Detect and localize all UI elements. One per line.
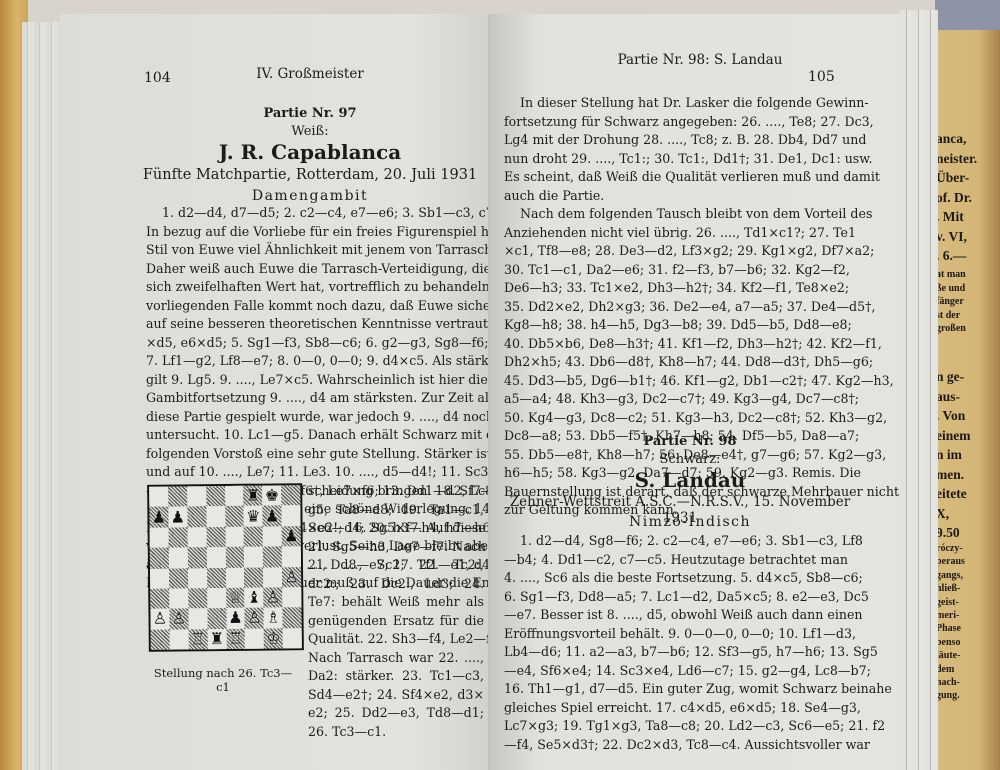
square-b6 — [168, 527, 187, 548]
game-title: Partie Nr. 98 — [550, 434, 830, 449]
right-page: Partie Nr. 98: S. Landau 105 In dieser S… — [490, 14, 902, 770]
chess-piece-icon: ♚ — [265, 488, 280, 504]
square-f2: ♙ — [245, 608, 264, 629]
square-e2: ♟ — [226, 608, 245, 629]
square-a5 — [150, 548, 169, 569]
adjacent-book-text: einem — [936, 427, 971, 445]
square-f6 — [244, 526, 263, 547]
square-g7: ♟ — [263, 506, 282, 527]
adjacent-book-text: ße und — [936, 282, 965, 295]
text-line: und auf 10. ...., Le7; 11. Le3. 10. ....… — [146, 463, 482, 482]
square-a1 — [151, 629, 170, 650]
square-a7: ♟ — [149, 507, 168, 528]
square-g6 — [263, 526, 282, 547]
square-c4 — [188, 568, 207, 589]
chess-piece-icon: ♟ — [284, 528, 299, 544]
chess-piece-icon: ♛ — [246, 508, 261, 524]
text-line: ×c1, Tf8—e8; 28. De3—d2, Lf3×g2; 29. Kg1… — [504, 242, 848, 261]
adjacent-book-text: eitete — [936, 485, 967, 503]
adjacent-book-text: men. — [936, 466, 964, 484]
text-line: diese Partie gespielt wurde, war jedoch … — [146, 408, 482, 427]
square-d3 — [207, 588, 226, 609]
text-line: gleiches Spiel erreicht. 17. c4×d5, e6×d… — [504, 699, 848, 718]
text-line: 45. Dd3—b5, Dg6—b1†; 46. Kf1—g2, Db1—c2†… — [504, 372, 848, 391]
adjacent-book-text: benso — [936, 636, 960, 649]
chess-piece-icon: ♟ — [171, 509, 186, 525]
diagram-caption: Stellung nach 26. Tc3—c1 — [148, 666, 298, 694]
text-line: 4. ...., Sc6 als die beste Fortsetzung. … — [504, 569, 848, 588]
text-line: Lg4 mit der Drohung 28. ...., Tc8; z. B.… — [504, 131, 848, 150]
adjacent-book-text: hach- — [936, 676, 960, 689]
square-f5 — [244, 547, 263, 568]
adjacent-book-text: gangs, — [936, 569, 963, 582]
adjacent-book-page: anca,neister.Über-of. Dr.. Mitv. VI,. 6.… — [930, 30, 1000, 770]
text-line: dc2:; 23. Dc2:, Ld3; 24. — [308, 575, 484, 594]
adjacent-book-text: n im — [936, 446, 962, 464]
square-f4 — [244, 567, 263, 588]
text-line: 30. Tc1—c1, Da2—e6; 31. f2—f3, b7—b6; 32… — [504, 261, 848, 280]
text-line: untersucht. 10. Lc1—g5. Danach erhält Sc… — [146, 426, 482, 445]
text-line: vorliegenden Falle kommt noch dazu, daß … — [146, 297, 482, 316]
adjacent-book-text: gung. — [936, 689, 960, 702]
page-stack-right — [900, 10, 938, 770]
text-line: sich zweifelhaften Wert hat, vortrefflic… — [146, 278, 482, 297]
square-e7 — [225, 506, 244, 527]
square-h5 — [282, 546, 301, 567]
text-line: 16. Th1—g1, d7—d5. Ein guter Zug, womit … — [504, 680, 848, 699]
square-d4 — [207, 568, 226, 589]
text-line: Anziehenden nicht viel übrig. 26. ...., … — [504, 224, 848, 243]
left-page: 104 IV. Großmeister Partie Nr. 97 Weiß: … — [60, 14, 500, 770]
square-h1 — [283, 628, 302, 649]
text-line: nun droht 29. ...., Tc1:; 30. Tc1:, Dd1†… — [504, 150, 848, 169]
chess-piece-icon: ♖ — [191, 631, 206, 647]
square-d5 — [206, 547, 225, 568]
text-line: 50. Kg4—g3, Dc8—c2; 51. Kg3—h3, Dc2—c8†;… — [504, 409, 848, 428]
square-g4 — [263, 567, 282, 588]
chess-piece-icon: ♕ — [228, 590, 243, 606]
text-line: —b4; 4. Dd1—c2, c7—c5. Heutzutage betrac… — [504, 551, 848, 570]
text-line: Da2: stärker. 23. Tc1—c3, — [308, 667, 484, 686]
text-line: In bezug auf die Vorliebe für ein freies… — [146, 223, 482, 242]
chess-piece-icon: ♗ — [266, 610, 281, 626]
chess-piece-icon: ♙ — [153, 611, 168, 627]
chess-piece-icon: ♝ — [247, 590, 262, 606]
square-f3: ♝ — [245, 587, 264, 608]
square-a3 — [150, 588, 169, 609]
square-e4 — [226, 567, 245, 588]
text-line: Te7: behält Weiß mehr als — [308, 593, 484, 612]
player-name: J. R. Capablanca — [140, 140, 480, 164]
square-d1: ♜ — [207, 629, 226, 650]
running-head: IV. Großmeister — [160, 66, 460, 82]
square-b4 — [169, 568, 188, 589]
text-line: auch die Partie. — [504, 187, 848, 206]
opening-name: Damengambit — [160, 188, 460, 204]
square-g8: ♚ — [262, 485, 281, 506]
text-line: Kg8—h8; 38. h4—h5, Dg3—b8; 39. Dd5—b5, D… — [504, 316, 848, 335]
text-line: 7. Lf1—g2, Lf8—e7; 8. 0—0, 0—0; 9. d4×c5… — [146, 352, 482, 371]
adjacent-book-text: at man — [936, 268, 966, 281]
adjacent-book-text: läute- — [936, 649, 960, 662]
adjacent-book-text: v. VI, — [936, 228, 967, 246]
square-e6 — [225, 527, 244, 548]
chess-piece-icon: ♔ — [266, 630, 281, 646]
adjacent-book-text: peraus — [936, 555, 965, 568]
adjacent-book-text: dem — [936, 663, 954, 676]
square-d7 — [206, 506, 225, 527]
square-d2 — [207, 608, 226, 629]
square-c6 — [187, 527, 206, 548]
text-line: —e4, Sf6×e4; 14. Sc3×e4, Ld6—c7; 15. g2—… — [504, 662, 848, 681]
adjacent-book-text: of. Dr. — [936, 189, 972, 207]
square-h8 — [281, 485, 300, 506]
adjacent-book-text: n ge- — [936, 368, 964, 386]
square-d6 — [206, 527, 225, 548]
text-line: 1. d2—d4, Sg8—f6; 2. c2—c4, e7—e6; 3. Sb… — [504, 532, 848, 551]
square-f8: ♜ — [244, 486, 263, 507]
text-line: Nach Tarrasch war 22. ...., — [308, 649, 484, 668]
chess-piece-icon: ♜ — [246, 488, 261, 504]
square-h3 — [282, 587, 301, 608]
square-b7: ♟ — [168, 507, 187, 528]
text-line: 1. d2—d4, d7—d5; 2. c2—c4, e7—e6; 3. Sb1… — [146, 204, 482, 223]
square-b1 — [170, 629, 189, 650]
text-line: Lc7×g3; 19. Tg1×g3, Ta8—c8; 20. Ld2—c3, … — [504, 717, 848, 736]
square-a2: ♙ — [150, 609, 169, 630]
text-line: folgenden Vorstoß eine sehr gute Stellun… — [146, 445, 482, 464]
chess-piece-icon: ♟ — [152, 509, 167, 525]
text-line: auf seine besseren theoretischen Kenntni… — [146, 315, 482, 334]
square-c7 — [187, 507, 206, 528]
text-line: Dh2×h5; 43. Db6—d8†, Kh8—h7; 44. Dd8—d3†… — [504, 353, 848, 372]
chess-piece-icon: ♜ — [210, 631, 225, 647]
square-e5 — [225, 547, 244, 568]
text-line: 6. Sg1—f3, Dd8—a5; 7. Lc1—d2, Da5×c5; 8.… — [504, 588, 848, 607]
text-line: Lb4—d6; 11. a2—a3, b7—b6; 12. Sf3—g5, h7… — [504, 643, 848, 662]
square-c3 — [188, 588, 207, 609]
text-line: g5, Ta8—d8; 19. Ta1—c1, — [308, 501, 484, 520]
adjacent-book-text: st der — [936, 309, 960, 322]
square-h4: ♙ — [282, 567, 301, 588]
square-b5 — [169, 548, 188, 569]
adjacent-book-text: . 6.— — [936, 247, 966, 265]
square-a6 — [150, 527, 169, 548]
square-e8 — [225, 486, 244, 507]
square-g2: ♗ — [264, 608, 283, 629]
text-line: 21. Sg5—h3, De7—f7. Nach — [308, 538, 484, 557]
text-line: Stil von Euwe viel Ähnlichkeit mit jenem… — [146, 241, 482, 260]
adjacent-book-text: meri- — [936, 609, 959, 622]
text-line: gilt 9. Lg5. 9. ...., Le7×c5. Wahrschein… — [146, 371, 482, 390]
side-label: Schwarz: — [550, 452, 830, 467]
text-line: Sd4—e2†; 24. Sf4×e2, d3× — [308, 686, 484, 705]
adjacent-book-text: anca, — [936, 130, 966, 148]
square-g1: ♔ — [264, 628, 283, 649]
text-line: genügenden Ersatz für die — [308, 612, 484, 631]
chess-piece-icon: ♙ — [172, 611, 187, 627]
game-title: Partie Nr. 97 — [160, 106, 460, 121]
adjacent-book-text: Über- — [936, 169, 969, 187]
adjacent-book-text: geist- — [936, 596, 959, 609]
square-c1: ♖ — [188, 629, 207, 650]
text-line: —f4, Se5×d3†; 22. Dc2×d3, Tc8—c4. Aussic… — [504, 736, 848, 755]
game-annotation-text: 1. d2—d4, Sg8—f6; 2. c2—c4, e7—e6; 3. Sb… — [504, 532, 848, 754]
page-number: 105 — [808, 69, 835, 85]
adjacent-book-text: neister. — [936, 150, 977, 168]
adjacent-book-text: aus- — [936, 388, 960, 406]
text-line: De6—h3; 33. Tc1×e2, Dh3—h2†; 34. Kf2—f1,… — [504, 279, 848, 298]
text-line: Eröffnungsvorteil behält. 9. 0—0—0, 0—0;… — [504, 625, 848, 644]
square-b8 — [168, 486, 187, 507]
text-line: 26. Tc3—c1. — [308, 723, 484, 742]
text-line: e2; 25. Dd2—e3, Td8—d1; — [308, 704, 484, 723]
square-h7 — [281, 506, 300, 527]
adjacent-book-text: hließ- — [936, 582, 960, 595]
text-line: ×d5, e6×d5; 5. Sg1—f3, Sb8—c6; 6. g2—g3,… — [146, 334, 482, 353]
square-d8 — [206, 486, 225, 507]
adjacent-book-text: . Von — [936, 407, 965, 425]
event-line: Fünfte Matchpartie, Rotterdam, 20. Juli … — [120, 167, 500, 183]
text-line: Qualität. 22. Sh3—f4, Le2—f3. — [308, 630, 484, 649]
square-f7: ♛ — [244, 506, 263, 527]
square-b2: ♙ — [169, 609, 188, 630]
square-c5 — [188, 547, 207, 568]
adjacent-book-text: großen — [936, 322, 966, 335]
adjacent-book-text: Phase — [936, 622, 961, 635]
chess-piece-icon: ♟ — [265, 508, 280, 524]
opening-name: Nimzo-Indisch — [550, 514, 830, 530]
text-line: Nach dem folgenden Tausch bleibt von dem… — [504, 205, 848, 224]
square-f1 — [245, 628, 264, 649]
text-line: Sc6—d4; 20. h3—h4, h7—h6; — [308, 519, 484, 538]
text-line: fortsetzung für Schwarz angegeben: 26. .… — [504, 113, 848, 132]
chess-piece-icon: ♟ — [228, 610, 243, 626]
square-h2 — [283, 607, 302, 628]
text-line: Daher weiß auch Euwe die Tarrasch-Vertei… — [146, 260, 482, 279]
text-line: Gambitfortsetzung 9. ...., d4 am stärkst… — [146, 389, 482, 408]
chess-diagram: ♜♚♟♟♛♟♟♙♕♝♙♙♙♟♙♗♖♜♖♔ — [147, 483, 304, 652]
square-a4 — [150, 568, 169, 589]
chess-piece-icon: ♙ — [266, 589, 281, 605]
running-head: Partie Nr. 98: S. Landau — [570, 52, 830, 68]
text-line: a5—a4; 48. Kh3—g3, Dc2—c7†; 49. Kg3—g4, … — [504, 390, 848, 409]
text-line: —e7. Besser ist 8. ...., d5, obwohl Weiß… — [504, 606, 848, 625]
text-line: Es scheint, daß Weiß die Qualität verlie… — [504, 168, 848, 187]
square-c8 — [187, 486, 206, 507]
text-line: In dieser Stellung hat Dr. Lasker die fo… — [504, 94, 848, 113]
text-line: scheidung bringen. 18. Sf7— — [308, 482, 484, 501]
chess-piece-icon: ♖ — [228, 631, 243, 647]
adjacent-book-text: róczy- — [936, 542, 963, 555]
adjacent-book-text: fänger — [936, 295, 964, 308]
page-stack-left — [22, 22, 64, 770]
chess-piece-icon: ♙ — [247, 610, 262, 626]
square-h6: ♟ — [282, 526, 301, 547]
text-line: 40. Db5×b6, De8—h3†; 41. Kf1—f2, Dh3—h2†… — [504, 335, 848, 354]
square-e3: ♕ — [226, 588, 245, 609]
square-g3: ♙ — [263, 587, 282, 608]
square-b3 — [169, 588, 188, 609]
side-label: Weiß: — [160, 124, 460, 139]
adjacent-book-text: . Mit — [936, 208, 964, 226]
game-annotation-side-text: scheidung bringen. 18. Sf7—g5, Ta8—d8; 1… — [308, 482, 484, 741]
text-line: 35. Dd2×e2, Dh2×g3; 36. De2—e4, a7—a5; 3… — [504, 298, 848, 317]
square-a8 — [149, 487, 168, 508]
square-g5 — [263, 547, 282, 568]
text-line: 21. ...., Sc2; 22. Tc2:, — [308, 556, 484, 575]
chess-piece-icon: ♙ — [284, 569, 299, 585]
square-c2 — [188, 608, 207, 629]
square-e1: ♖ — [226, 628, 245, 649]
adjacent-book-text: 9.50 — [936, 524, 960, 542]
player-name: S. Landau — [550, 468, 830, 492]
